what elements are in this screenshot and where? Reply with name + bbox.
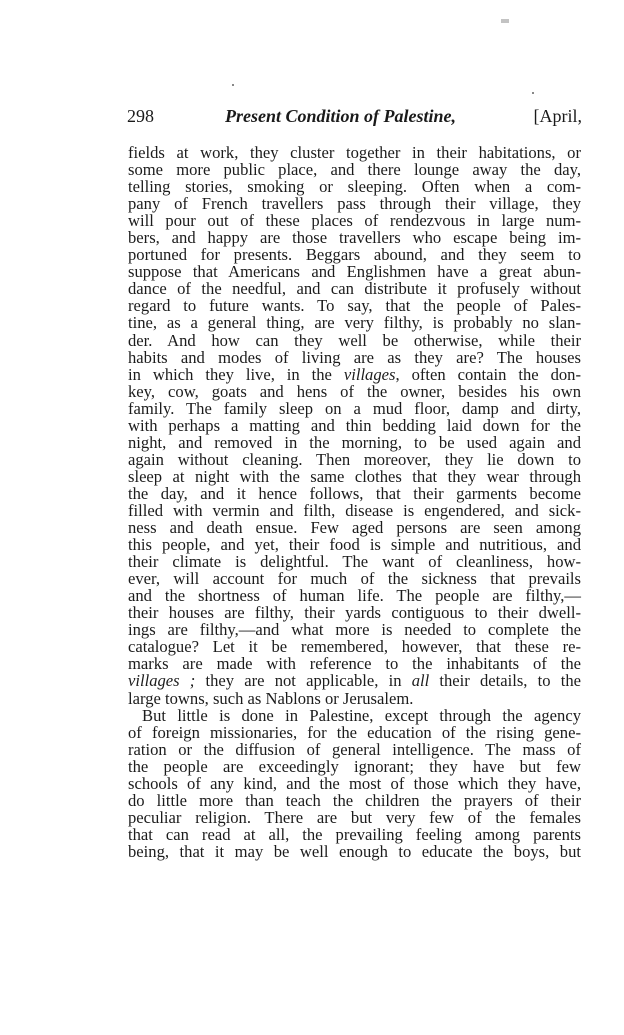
text-line: the people are exceedingly ignorant; the… [128, 758, 581, 775]
running-header: 298 Present Condition of Palestine, [Apr… [127, 106, 582, 128]
text-line: and the shortness of human life. The peo… [128, 587, 581, 604]
text-line: family. The family sleep on a mud floor,… [128, 400, 581, 417]
text-line: sleep at night with the same clothes tha… [128, 468, 581, 485]
text-line: ever, will account for much of the sickn… [128, 570, 581, 587]
text-line: marks are made with reference to the inh… [128, 655, 581, 672]
text-line: villages ; they are not applicable, in a… [128, 672, 581, 689]
text-line: habits and modes of living are as they a… [128, 349, 581, 366]
italic-emphasis: all [412, 671, 430, 690]
scan-speck [501, 19, 509, 23]
text-line: will pour out of these places of rendezv… [128, 212, 581, 229]
scan-speck [532, 92, 534, 94]
text-line-paragraph-start: But little is done in Palestine, except … [128, 707, 581, 724]
text-line: filled with vermin and filth, disease is… [128, 502, 581, 519]
text-segment: they are not applicable, in [195, 671, 411, 690]
text-line: the day, and it hence follows, that thei… [128, 485, 581, 502]
scan-speck [232, 84, 234, 86]
text-line: ration or the diffusion of general intel… [128, 741, 581, 758]
italic-emphasis: villages [344, 365, 396, 384]
text-line: tine, as a general thing, are very filth… [128, 314, 581, 331]
text-line: schools of any kind, and the most of tho… [128, 775, 581, 792]
body-text: fields at work, they cluster together in… [128, 144, 581, 860]
text-line-paragraph-end: large towns, such as Nablons or Jerusale… [128, 690, 581, 707]
page-number: 298 [127, 106, 154, 127]
text-line: der. And how can they well be otherwise,… [128, 332, 581, 349]
text-line: suppose that Americans and Englishmen ha… [128, 263, 581, 280]
running-title: Present Condition of Palestine, [225, 106, 456, 127]
text-line: again without cleaning. Then moreover, t… [128, 451, 581, 468]
text-line: that can read at all, the prevailing fee… [128, 826, 581, 843]
running-month: [April, [534, 106, 583, 127]
text-line: their houses are filthy, their yards con… [128, 604, 581, 621]
text-line: ness and death ensue. Few aged persons a… [128, 519, 581, 536]
text-line: peculiar religion. There are but very fe… [128, 809, 581, 826]
text-line: pany of French travellers pass through t… [128, 195, 581, 212]
text-line: some more public place, and there lounge… [128, 161, 581, 178]
italic-emphasis: villages ; [128, 671, 195, 690]
text-segment: their details, to the [429, 671, 581, 690]
text-line: dance of the needful, and can distribute… [128, 280, 581, 297]
text-line: in which they live, in the villages, oft… [128, 366, 581, 383]
text-line: key, cow, goats and hens of the owner, b… [128, 383, 581, 400]
text-line: fields at work, they cluster together in… [128, 144, 581, 161]
text-line: bers, and happy are those travellers who… [128, 229, 581, 246]
text-line: telling stories, smoking or sleeping. Of… [128, 178, 581, 195]
text-line: their climate is delightful. The want of… [128, 553, 581, 570]
text-line: ings are filthy,—and what more is needed… [128, 621, 581, 638]
text-segment: , often contain the don- [395, 365, 581, 384]
text-line: night, and removed in the morning, to be… [128, 434, 581, 451]
text-line: of foreign missionaries, for the educati… [128, 724, 581, 741]
text-line: portuned for presents. Beggars abound, a… [128, 246, 581, 263]
text-segment: in which they live, in the [128, 365, 344, 384]
scanned-page: 298 Present Condition of Palestine, [Apr… [0, 0, 624, 1035]
text-line: regard to future wants. To say, that the… [128, 297, 581, 314]
text-line: catalogue? Let it be remembered, however… [128, 638, 581, 655]
text-line: being, that it may be well enough to edu… [128, 843, 581, 860]
text-line: do little more than teach the children t… [128, 792, 581, 809]
text-line: this people, and yet, their food is simp… [128, 536, 581, 553]
text-line: with perhaps a matting and thin bedding … [128, 417, 581, 434]
